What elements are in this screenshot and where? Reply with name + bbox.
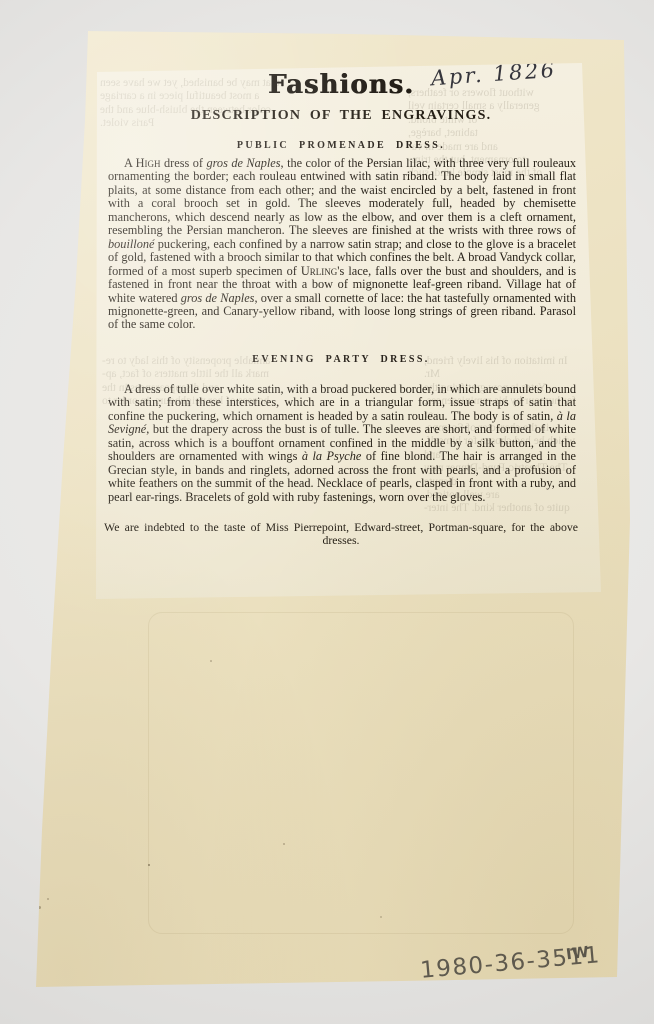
paragraph-evening-party: A dress of tulle over white satin, with … [96, 383, 586, 504]
pressed-impression-outline [148, 612, 574, 934]
paper-speck [210, 660, 212, 662]
scan-background: that may be banished, yet we have seen a… [0, 0, 654, 1024]
cataloguer-initials: IW [565, 943, 590, 964]
paper-speck [380, 916, 382, 918]
credit-line: We are indebted to the taste of Miss Pie… [96, 521, 586, 547]
paragraph-public-promenade: A High dress of gros de Naples, the colo… [96, 157, 586, 332]
engravings-subtitle: DESCRIPTION OF THE ENGRAVINGS. [96, 108, 586, 124]
clipping-text-column: Fashions. DESCRIPTION OF THE ENGRAVINGS.… [96, 63, 586, 547]
section-heading-public-promenade: PUBLIC PROMENADE DRESS. [96, 140, 586, 151]
section-heading-evening-party: EVENING PARTY DRESS. [96, 354, 586, 365]
album-page: that may be banished, yet we have seen a… [0, 0, 654, 1024]
paper-speck [148, 864, 150, 866]
pasted-clipping: that may be banished, yet we have seen a… [96, 63, 601, 600]
stitch-hole [47, 898, 49, 900]
paper-speck [283, 843, 285, 845]
stitch-hole [38, 906, 41, 909]
